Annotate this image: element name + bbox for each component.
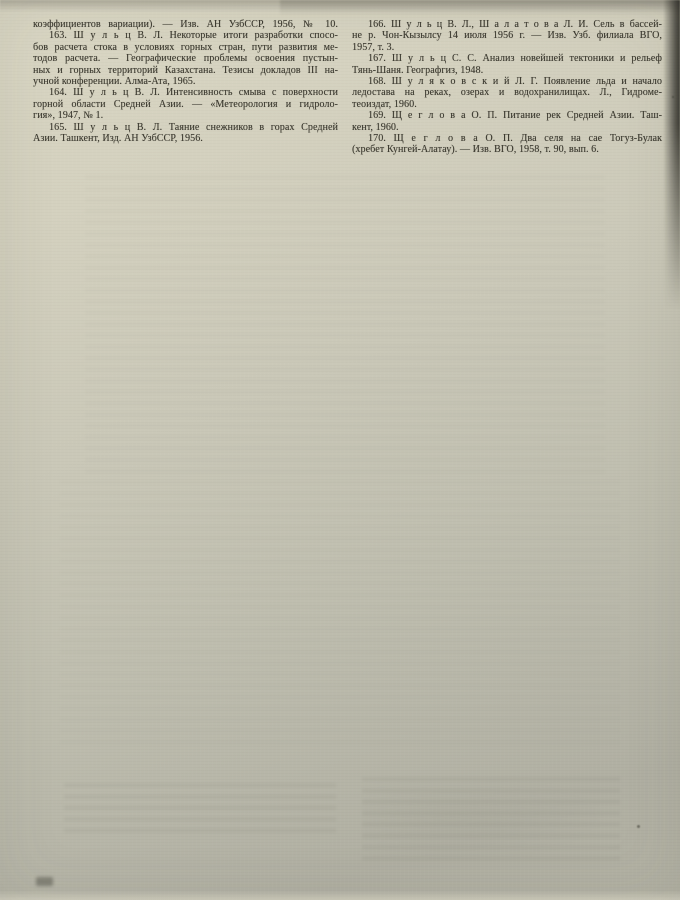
bottom-edge-highlight (0, 890, 680, 900)
top-right-edge-shadow (280, 0, 680, 16)
bibliography-column-right: 166. Ш у л ь ц В. Л., Ш а л а т о в а Л.… (352, 19, 662, 156)
bibliography-line: тодов расчета. — Географические проблемы… (33, 53, 338, 64)
bibliography-line: кент, 1960. (352, 122, 662, 133)
bibliography-line: теоиздат, 1960. (352, 99, 662, 110)
bibliography-line: горной области Средней Азии. — «Метеорол… (33, 99, 338, 110)
bibliography-line: учной конференции. Алма-Ата, 1965. (33, 76, 338, 87)
scanned-book-page: коэффициентов вариации). — Изв. АН УзбСС… (0, 0, 680, 900)
bibliography-line: не р. Чон-Кызылсу 14 июля 1956 г. — Изв.… (352, 30, 662, 41)
bleed-through-patch (85, 175, 605, 475)
bibliography-line: гия», 1947, № 1. (33, 110, 338, 121)
bibliography-line: 170. Щ е г л о в а О. П. Два селя на сае… (352, 133, 662, 144)
bibliography-line: 169. Щ е г л о в а О. П. Питание рек Сре… (352, 110, 662, 121)
bleed-through-page-number (36, 877, 53, 886)
bibliography-line: Азии. Ташкент, Изд. АН УзбССР, 1956. (33, 133, 338, 144)
right-edge-shadow (663, 0, 680, 310)
bleed-through-patch (362, 777, 620, 867)
bibliography-line: 165. Ш у л ь ц В. Л. Таяние снежников в … (33, 122, 338, 133)
bibliography-line: бов расчета стока в условиях горных стра… (33, 42, 338, 53)
bibliography-line: ных и горных территорий Казахстана. Тези… (33, 65, 338, 76)
bibliography-line: 166. Ш у л ь ц В. Л., Ш а л а т о в а Л.… (352, 19, 662, 30)
bleed-through-patch (64, 783, 336, 835)
bibliography-line: 163. Ш у л ь ц В. Л. Некоторые итоги раз… (33, 30, 338, 41)
bibliography-line: 164. Ш у л ь ц В. Л. Интенсивность смыва… (33, 87, 338, 98)
bibliography-line: коэффициентов вариации). — Изв. АН УзбСС… (33, 19, 338, 30)
bibliography-column-left: коэффициентов вариации). — Изв. АН УзбСС… (33, 19, 338, 144)
bibliography-line: 168. Ш у л я к о в с к и й Л. Г. Появлен… (352, 76, 662, 87)
bibliography-line: Тянь-Шаня. Географгиз, 1948. (352, 65, 662, 76)
bibliography-line: ледостава на реках, озерах и водохранили… (352, 87, 662, 98)
dust-speck (637, 825, 640, 828)
bibliography-line: 167. Ш у л ь ц С. С. Анализ новейшей тек… (352, 53, 662, 64)
bleed-through-patch (60, 480, 620, 750)
bibliography-line: 1957, т. 3. (352, 42, 662, 53)
bibliography-line: (хребет Кунгей-Алатау). — Изв. ВГО, 1958… (352, 144, 662, 155)
